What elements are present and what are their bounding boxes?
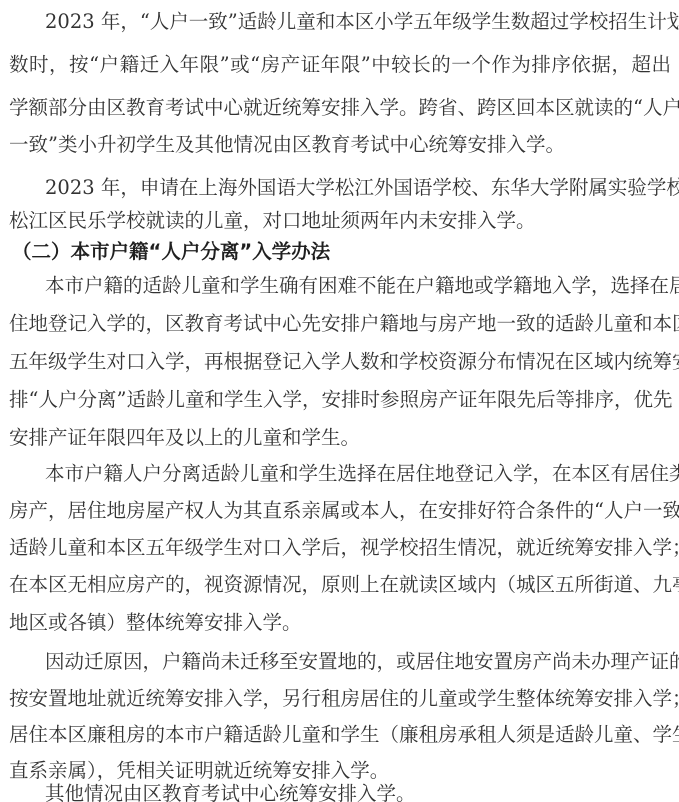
- paragraph-3-line-1: 本市户籍的适龄儿童和学生确有困难不能在户籍地或学籍地入学，选择在居: [45, 272, 671, 300]
- paragraph-1-line-2: 数时，按“户籍迁入年限”或“房产证年限”中较长的一个作为排序依据，超出: [9, 51, 671, 79]
- paragraph-5-line-2: 按安置地址就近统筹安排入学，另行租房居住的儿童或学生整体统筹安排入学；: [9, 685, 671, 713]
- paragraph-4-line-3: 适龄儿童和本区五年级学生对口入学后，视学校招生情况，就近统筹安排入学；: [9, 534, 671, 562]
- paragraph-3-line-5: 安排产证年限四年及以上的儿童和学生。: [9, 424, 671, 452]
- paragraph-4-line-2: 房产，居住地房屋产权人为其直系亲属或本人，在安排好符合条件的“人户一致”: [9, 497, 671, 525]
- paragraph-1-line-4: 一致”类小升初学生及其他情况由区教育考试中心统筹安排入学。: [9, 131, 671, 159]
- document-page: 2023 年，“人户一致”适龄儿童和本区小学五年级学生数超过学校招生计划 数时，…: [0, 0, 679, 802]
- paragraph-5-line-1: 因动迁原因，户籍尚未迁移至安置地的，或居住地安置房产尚未办理产证的，: [45, 648, 671, 676]
- paragraph-1-line-3: 学额部分由区教育考试中心就近统筹安排入学。跨省、跨区回本区就读的“人户: [9, 94, 671, 122]
- paragraph-2-line-2: 松江区民乐学校就读的儿童，对口地址须两年内未安排入学。: [9, 207, 671, 235]
- section-heading: （二）本市户籍“人户分离”入学办法: [12, 238, 671, 266]
- paragraph-6-line-1: 其他情况由区教育考试中心统筹安排入学。: [45, 780, 671, 802]
- paragraph-1-line-1: 2023 年，“人户一致”适龄儿童和本区小学五年级学生数超过学校招生计划: [45, 8, 671, 36]
- paragraph-2-line-1: 2023 年，申请在上海外国语大学松江外国语学校、东华大学附属实验学校、: [45, 174, 671, 202]
- paragraph-3-line-4: 排“人户分离”适龄儿童和学生入学，安排时参照房产证年限先后等排序，优先: [9, 386, 671, 414]
- paragraph-3-line-3: 五年级学生对口入学，再根据登记入学人数和学校资源分布情况在区域内统筹安: [9, 348, 671, 376]
- paragraph-5-line-3: 居住本区廉租房的本市户籍适龄儿童和学生（廉租房承租人须是适龄儿童、学生: [9, 721, 671, 749]
- paragraph-4-line-5: 地区或各镇）整体统筹安排入学。: [9, 609, 671, 637]
- paragraph-3-line-2: 住地登记入学的，区教育考试中心先安排户籍地与房产地一致的适龄儿童和本区: [9, 310, 671, 338]
- paragraph-4-line-4: 在本区无相应房产的，视资源情况，原则上在就读区域内（城区五所街道、九亭: [9, 571, 671, 599]
- paragraph-4-line-1: 本市户籍人户分离适龄儿童和学生选择在居住地登记入学，在本区有居住类: [45, 460, 671, 488]
